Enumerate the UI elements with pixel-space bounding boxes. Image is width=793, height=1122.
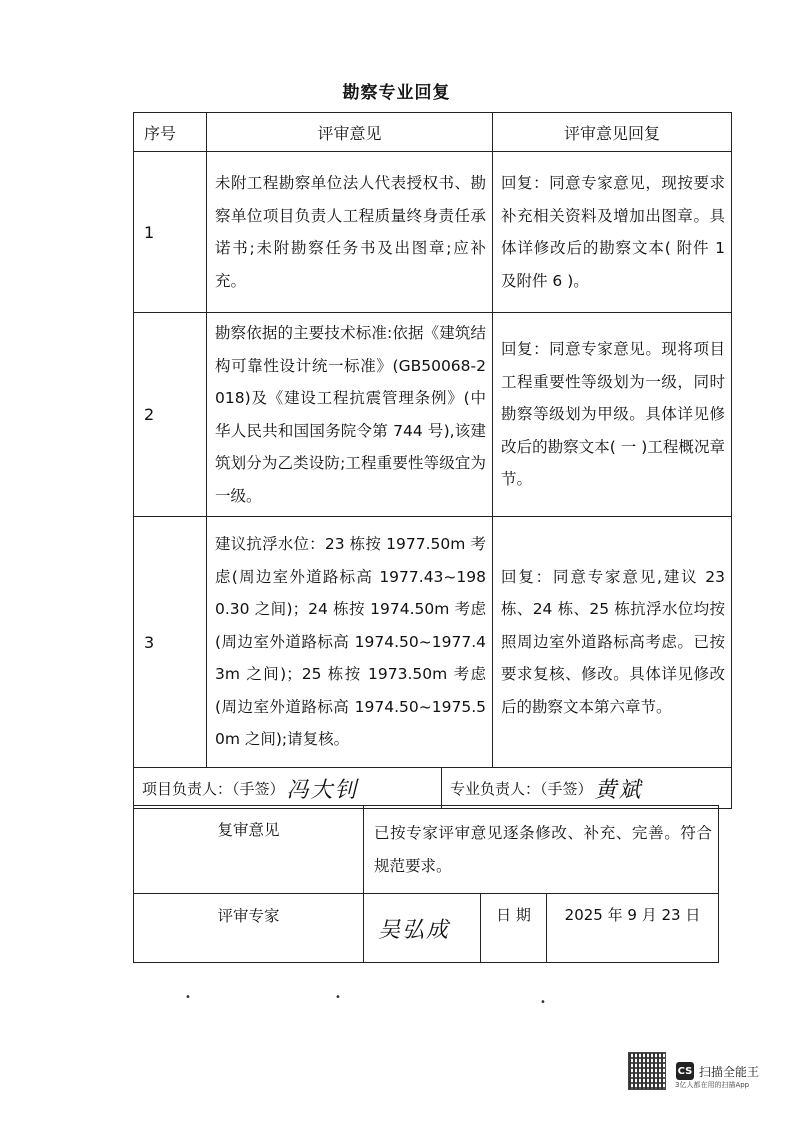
review-table: 序号 评审意见 评审意见回复 1 未附工程勘察单位法人代表授权书、勘察单位项目负… [133,112,732,809]
signature-row: 项目负责人：（手签） 冯大钊 专业负责人：（手签） 黄斌 [134,768,732,809]
expert-signature-cell: 吴弘成 [364,894,481,963]
reply-cell: 回复：同意专家意见，现按要求补充相关资料及增加出图章。具体详修改后的勘察文本( … [493,152,732,313]
project-lead-label: 项目负责人：（手签） [142,778,285,799]
table-row: 3 建议抗浮水位：23 栋按 1977.50m 考虑(周边室外道路标高 1977… [134,517,732,768]
reply-cell: 回复：同意专家意见,建议 23 栋、24 栋、25 栋抗浮水位均按照周边室外道路… [493,517,732,768]
table-header-row: 序号 评审意见 评审意见回复 [134,113,732,152]
header-opinion: 评审意见 [207,113,493,152]
expert-label: 评审专家 [134,894,364,963]
review-summary-table: 复审意见 已按专家评审意见逐条修改、补充、完善。符合规范要求。 评审专家 吴弘成… [133,805,719,963]
review-row: 复审意见 已按专家评审意见逐条修改、补充、完善。符合规范要求。 [134,806,719,894]
reply-cell: 回复：同意专家意见。现将项目工程重要性等级划为一级，同时勘察等级划为甲级。具体详… [493,313,732,517]
expert-signature: 吴弘成 [366,918,450,943]
reply-text: 回复：同意专家意见,建议 23 栋、24 栋、25 栋抗浮水位均按照周边室外道路… [493,557,731,728]
scan-dot: • [335,992,341,1003]
opinion-text: 未附工程勘察单位法人代表授权书、勘察单位项目负责人工程质量终身责任承诺书;未附勘… [207,163,492,301]
date-value: 2025 年 9 月 23 日 [547,894,719,963]
project-lead-cell: 项目负责人：（手签） 冯大钊 [134,768,493,809]
review-label: 复审意见 [134,806,364,894]
project-lead-signature: 冯大钊 [287,773,359,804]
cs-logo-icon: CS [676,1062,694,1080]
opinion-text: 建议抗浮水位：23 栋按 1977.50m 考虑(周边室外道路标高 1977.4… [207,524,492,760]
reply-text: 回复：同意专家意见，现按要求补充相关资料及增加出图章。具体详修改后的勘察文本( … [493,163,731,301]
reply-text: 回复：同意专家意见。现将项目工程重要性等级划为一级，同时勘察等级划为甲级。具体详… [493,329,731,500]
expert-row: 评审专家 吴弘成 日 期 2025 年 9 月 23 日 [134,894,719,963]
discipline-lead-signature: 黄斌 [595,773,643,804]
review-cell: 已按专家评审意见逐条修改、补充、完善。符合规范要求。 [364,806,719,894]
opinion-cell: 建议抗浮水位：23 栋按 1977.50m 考虑(周边室外道路标高 1977.4… [207,517,493,768]
scan-dot: • [185,992,191,1003]
opinion-cell: 未附工程勘察单位法人代表授权书、勘察单位项目负责人工程质量终身责任承诺书;未附勘… [207,152,493,313]
table-row: 2 勘察依据的主要技术标准:依据《建筑结构可靠性设计统一标准》(GB50068-… [134,313,732,517]
watermark-brand: 扫描全能王 [699,1063,759,1080]
review-text: 已按专家评审意见逐条修改、补充、完善。符合规范要求。 [364,813,718,886]
opinion-cell: 勘察依据的主要技术标准:依据《建筑结构可靠性设计统一标准》(GB50068-20… [207,313,493,517]
table-row: 1 未附工程勘察单位法人代表授权书、勘察单位项目负责人工程质量终身责任承诺书;未… [134,152,732,313]
watermark-tagline: 3亿人都在用的扫描App [675,1080,749,1090]
row-number: 1 [134,152,207,313]
opinion-text: 勘察依据的主要技术标准:依据《建筑结构可靠性设计统一标准》(GB50068-20… [207,313,492,516]
row-number: 2 [134,313,207,517]
qr-code-icon [628,1052,666,1090]
scan-dot: • [540,997,546,1008]
row-number: 3 [134,517,207,768]
page-title: 勘察专业回复 [0,78,793,103]
discipline-lead-label: 专业负责人：（手签） [442,778,593,799]
header-reply: 评审意见回复 [493,113,732,152]
header-num: 序号 [134,113,207,152]
discipline-lead-cell: 专业负责人：（手签） 黄斌 [493,768,732,809]
date-label: 日 期 [481,894,547,963]
